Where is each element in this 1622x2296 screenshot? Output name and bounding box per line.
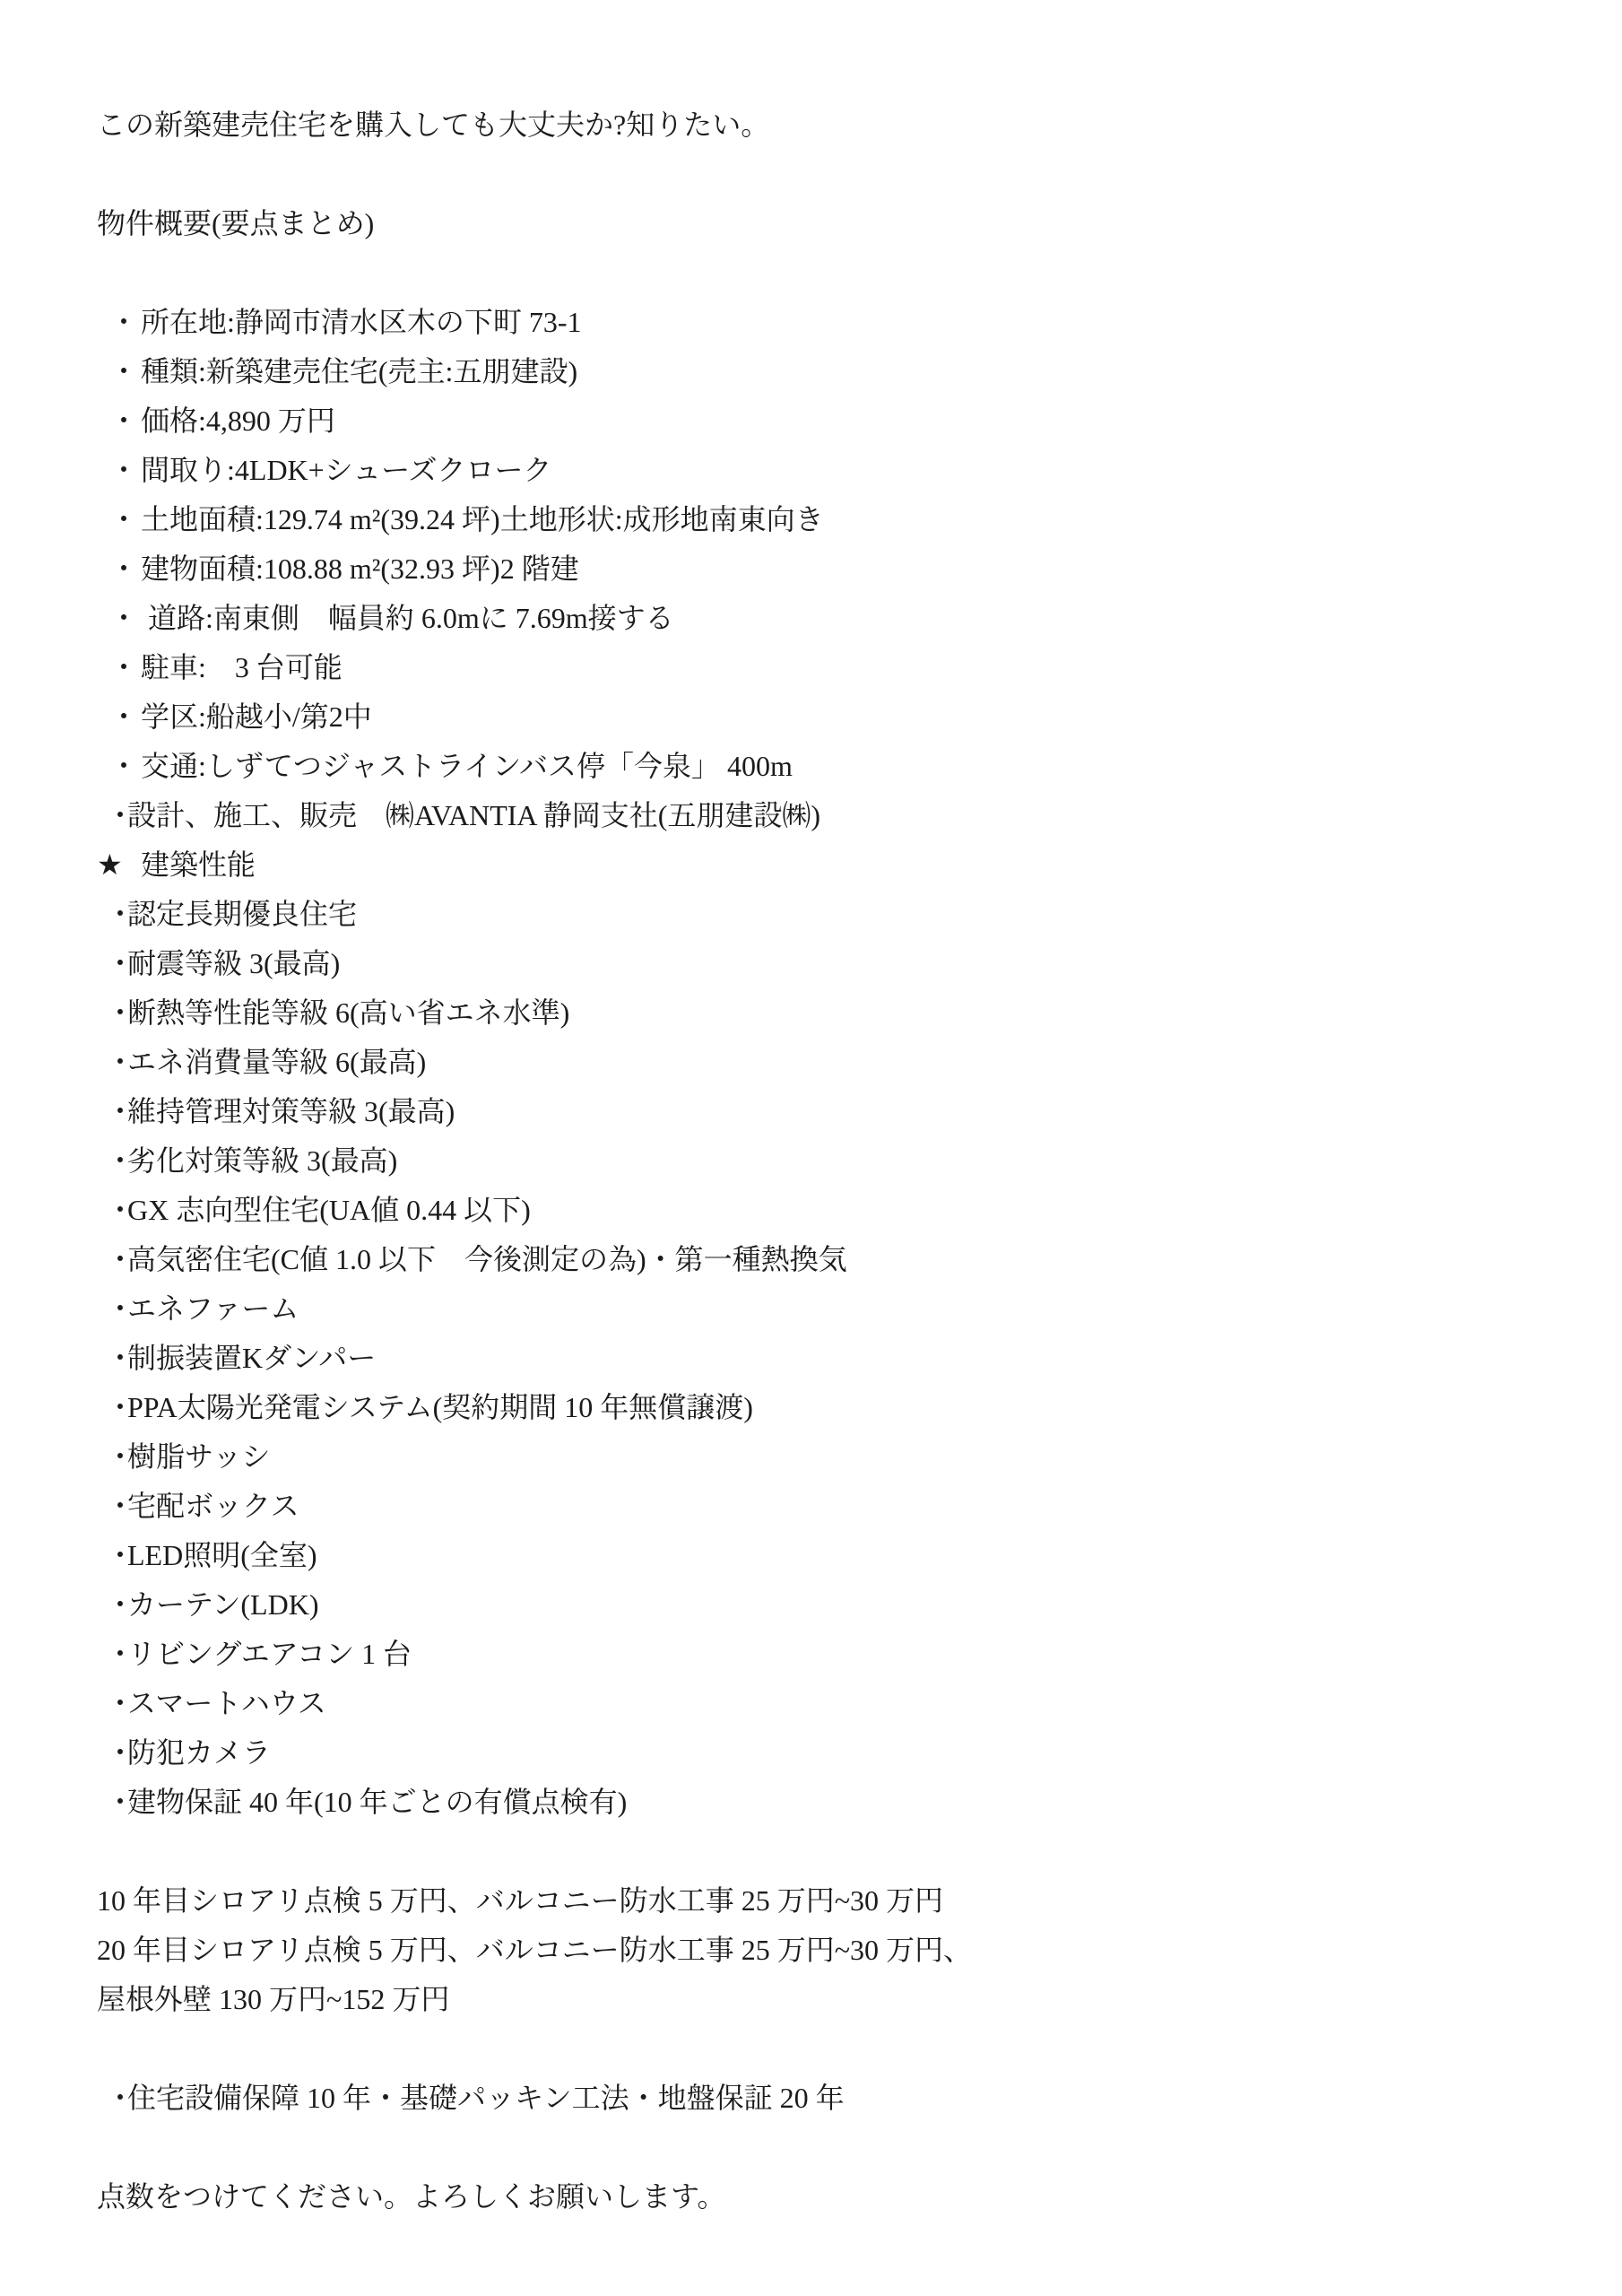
doc-line: ・建物面積:108.88 m²(32.93 坪)2 階建 [0,544,1622,594]
bullet-icon: ・ [106,988,127,1038]
line-text: 宅配ボックス [127,1490,299,1522]
line-text: 土地面積:129.74 m²(39.24 坪)土地形状:成形地南東向き [141,503,824,535]
doc-line: ・樹脂サッシ [0,1432,1622,1482]
doc-line: ・交通:しずてつジャストラインバス停「今泉」 400m [0,742,1622,791]
doc-line: ・エネファーム [0,1284,1622,1334]
line-text: カーテン(LDK) [127,1588,318,1621]
blank-line [0,2024,1622,2074]
bullet-icon: ・ [106,2074,127,2123]
line-text: 建築性能 [141,848,256,881]
doc-line: ・設計、施工、販売 ㈱AVANTIA 静岡支社(五朋建設㈱) [0,791,1622,840]
line-text: PPA太陽光発電システム(契約期間 10 年無償譲渡) [127,1391,753,1423]
doc-line: ・維持管理対策等級 3(最高) [0,1087,1622,1136]
doc-line: ・所在地:静岡市清水区木の下町 73-1 [0,298,1622,347]
line-text: 点数をつけてください。よろしくお願いします。 [97,2180,725,2213]
bullet-icon: ・ [106,791,127,840]
bullet-icon: ・ [106,890,127,939]
doc-line: ・種類:新築建売住宅(売主:五朋建設) [0,347,1622,396]
line-text: 屋根外壁 130 万円~152 万円 [97,1983,449,2015]
bullet-icon: ・ [109,692,141,742]
doc-line: ・学区:船越小/第2中 [0,692,1622,742]
bullet-icon: ・ [106,1432,127,1482]
bullet-icon: ・ [106,1630,127,1679]
bullet-icon: ・ [106,1087,127,1136]
doc-line: 物件概要(要点まとめ) [0,199,1622,248]
line-text: スマートハウス [127,1687,326,1719]
blank-line [0,2123,1622,2172]
line-text: この新築建売住宅を購入しても大丈夫か?知りたい。 [97,109,769,141]
doc-line: ・建物保証 40 年(10 年ごとの有償点検有) [0,1778,1622,1827]
doc-line: ・間取り:4LDK+シューズクローク [0,446,1622,495]
doc-line: ・カーテン(LDK) [0,1580,1622,1630]
doc-line: ・価格:4,890 万円 [0,396,1622,446]
line-text: 10 年目シロアリ点検 5 万円、バルコニー防水工事 25 万円~30 万円 [97,1884,943,1917]
line-text: 道路:南東側 幅員約 6.0mに 7.69m接する [141,602,674,634]
doc-line: ・LED照明(全室) [0,1531,1622,1580]
doc-line: 点数をつけてください。よろしくお願いします。 [0,2172,1622,2222]
doc-line: ★建築性能 [0,840,1622,890]
bullet-icon: ・ [109,742,141,791]
line-text: 20 年目シロアリ点検 5 万円、バルコニー防水工事 25 万円~30 万円、 [97,1934,972,1966]
bullet-icon: ・ [106,1235,127,1284]
line-text: 住宅設備保障 10 年・基礎パッキン工法・地盤保証 20 年 [127,2082,845,2114]
bullet-icon: ・ [106,1186,127,1235]
line-text: 樹脂サッシ [127,1440,270,1473]
line-text: 維持管理対策等級 3(最高) [127,1095,455,1127]
line-text: 価格:4,890 万円 [141,404,335,437]
doc-line: ・宅配ボックス [0,1482,1622,1531]
line-text: エネファーム [127,1292,299,1325]
bullet-icon: ・ [109,396,141,446]
line-text: 学区:船越小/第2中 [141,700,372,733]
doc-line: ・住宅設備保障 10 年・基礎パッキン工法・地盤保証 20 年 [0,2074,1622,2123]
doc-line: ・防犯カメラ [0,1728,1622,1778]
bullet-icon: ・ [109,544,141,594]
line-text: 種類:新築建売住宅(売主:五朋建設) [141,355,577,387]
line-text: 建物面積:108.88 m²(32.93 坪)2 階建 [141,552,579,585]
doc-line: ・土地面積:129.74 m²(39.24 坪)土地形状:成形地南東向き [0,495,1622,544]
bullet-icon: ・ [106,1580,127,1630]
bullet-icon: ・ [106,1334,127,1383]
bullet-icon: ・ [106,1383,127,1432]
line-text: 認定長期優良住宅 [127,898,357,930]
bullet-icon: ・ [109,495,141,544]
bullet-icon: ・ [109,643,141,692]
doc-line: ・GX 志向型住宅(UA値 0.44 以下) [0,1186,1622,1235]
doc-line: 屋根外壁 130 万円~152 万円 [0,1975,1622,2024]
blank-line [0,150,1622,199]
document-body: この新築建売住宅を購入しても大丈夫か?知りたい。物件概要(要点まとめ)・所在地:… [0,100,1622,2222]
star-icon: ★ [97,840,141,890]
line-text: 物件概要(要点まとめ) [97,207,374,239]
line-text: 劣化対策等級 3(最高) [127,1144,397,1177]
doc-line: 10 年目シロアリ点検 5 万円、バルコニー防水工事 25 万円~30 万円 [0,1876,1622,1926]
doc-line: 20 年目シロアリ点検 5 万円、バルコニー防水工事 25 万円~30 万円、 [0,1926,1622,1975]
bullet-icon: ・ [109,446,141,495]
line-text: 間取り:4LDK+シューズクローク [141,454,551,486]
doc-line: ・エネ消費量等級 6(最高) [0,1038,1622,1087]
doc-line: ・耐震等級 3(最高) [0,939,1622,988]
line-text: 建物保証 40 年(10 年ごとの有償点検有) [127,1786,627,1818]
doc-line: ・スマートハウス [0,1679,1622,1728]
line-text: エネ消費量等級 6(最高) [127,1046,426,1078]
doc-line: ・劣化対策等級 3(最高) [0,1136,1622,1186]
line-text: GX 志向型住宅(UA値 0.44 以下) [127,1194,531,1226]
bullet-icon: ・ [106,1778,127,1827]
doc-line: ・認定長期優良住宅 [0,890,1622,939]
bullet-icon: ・ [106,939,127,988]
bullet-icon: ・ [106,1728,127,1778]
line-text: 断熱等性能等級 6(高い省エネ水準) [127,996,569,1029]
bullet-icon: ・ [106,1531,127,1580]
line-text: LED照明(全室) [127,1539,317,1571]
bullet-icon: ・ [109,347,141,396]
line-text: 高気密住宅(C値 1.0 以下 今後測定の為)・第一種熱換気 [127,1243,847,1275]
doc-line: この新築建売住宅を購入しても大丈夫か?知りたい。 [0,100,1622,150]
line-text: 所在地:静岡市清水区木の下町 73-1 [141,306,582,338]
blank-line [0,248,1622,298]
doc-line: ・駐車: 3 台可能 [0,643,1622,692]
bullet-icon: ・ [106,1679,127,1728]
bullet-icon: ・ [109,594,141,643]
line-text: 設計、施工、販売 ㈱AVANTIA 静岡支社(五朋建設㈱) [127,799,820,831]
doc-line: ・リビングエアコン 1 台 [0,1630,1622,1679]
blank-line [0,1827,1622,1876]
line-text: 交通:しずてつジャストラインバス停「今泉」 400m [141,750,793,782]
doc-line: ・ 道路:南東側 幅員約 6.0mに 7.69m接する [0,594,1622,643]
line-text: 駐車: 3 台可能 [141,651,343,683]
bullet-icon: ・ [106,1482,127,1531]
line-text: 耐震等級 3(最高) [127,947,340,979]
doc-line: ・断熱等性能等級 6(高い省エネ水準) [0,988,1622,1038]
bullet-icon: ・ [106,1038,127,1087]
doc-line: ・PPA太陽光発電システム(契約期間 10 年無償譲渡) [0,1383,1622,1432]
bullet-icon: ・ [109,298,141,347]
document-page: この新築建売住宅を購入しても大丈夫か?知りたい。物件概要(要点まとめ)・所在地:… [0,0,1622,2296]
line-text: リビングエアコン 1 台 [127,1638,412,1670]
doc-line: ・制振装置Kダンパー [0,1334,1622,1383]
doc-line: ・高気密住宅(C値 1.0 以下 今後測定の為)・第一種熱換気 [0,1235,1622,1284]
line-text: 制振装置Kダンパー [127,1342,376,1374]
bullet-icon: ・ [106,1284,127,1334]
bullet-icon: ・ [106,1136,127,1186]
line-text: 防犯カメラ [127,1736,271,1769]
